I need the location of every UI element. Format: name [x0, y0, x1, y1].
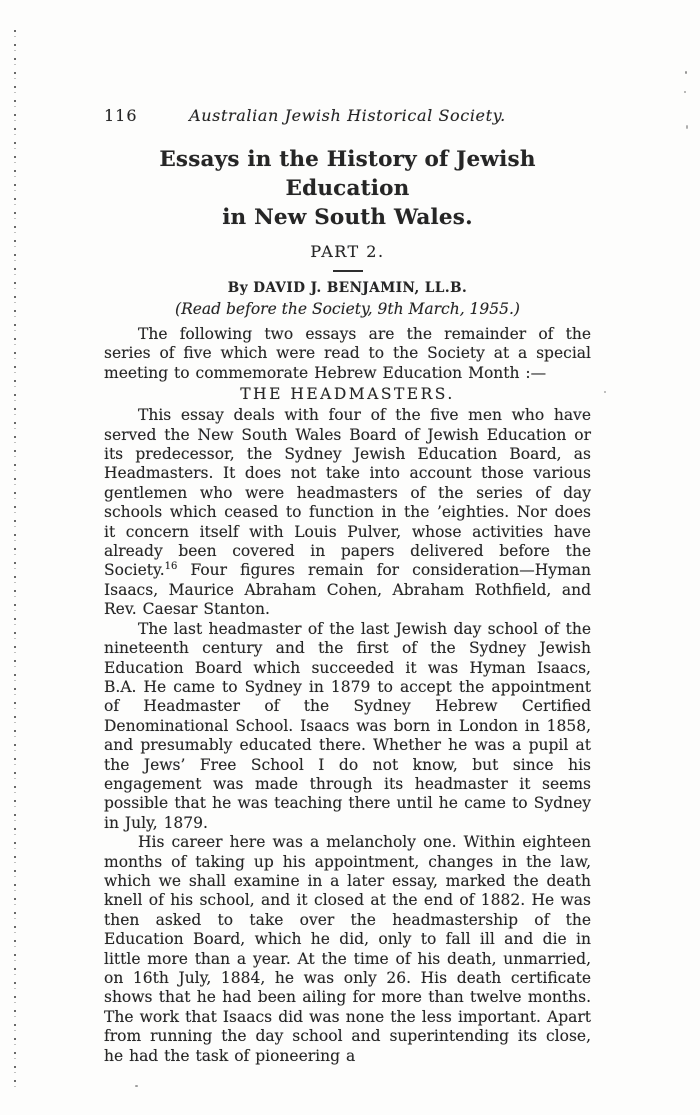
scan-speck — [686, 125, 688, 129]
section-heading: THE HEADMASTERS. — [104, 385, 591, 404]
scan-speck — [684, 91, 686, 93]
paragraph-hyman-isaacs: The last headmaster of the last Jewish d… — [104, 620, 591, 833]
journal-title: Australian Jewish Historical Society. — [189, 106, 506, 125]
paragraph-isaacs-career: His career here was a melancholy one. Wi… — [104, 833, 591, 1066]
read-before-note: (Read before the Society, 9th March, 195… — [104, 300, 591, 319]
author-byline: By DAVID J. BENJAMIN, LL.B. — [104, 280, 591, 297]
article-title: Essays in the History of Jewish Educatio… — [104, 145, 591, 232]
article-title-line2: in New South Wales. — [104, 203, 591, 232]
part-divider-rule — [333, 270, 363, 272]
page-content-column: 116 Australian Jewish Historical Society… — [104, 106, 591, 1066]
scan-speck — [685, 71, 687, 74]
intro-paragraph: The following two essays are the remaind… — [104, 325, 591, 383]
page-header: 116 Australian Jewish Historical Society… — [104, 106, 591, 126]
paragraph-text-after-footnote: Four figures remain for consideration—Hy… — [104, 561, 591, 618]
scanned-document-page: 116 Australian Jewish Historical Society… — [0, 0, 700, 1115]
scan-speck — [135, 1085, 138, 1087]
scan-artifact-left-edge — [14, 30, 16, 1090]
article-title-line1: Essays in the History of Jewish Educatio… — [104, 145, 591, 203]
part-label: PART 2. — [104, 243, 591, 261]
page-number: 116 — [104, 106, 138, 126]
footnote-reference-16: 16 — [165, 561, 178, 572]
scan-speck — [604, 391, 606, 393]
paragraph-headmasters: This essay deals with four of the five m… — [104, 406, 591, 619]
paragraph-text-before-footnote: This essay deals with four of the five m… — [104, 406, 591, 579]
